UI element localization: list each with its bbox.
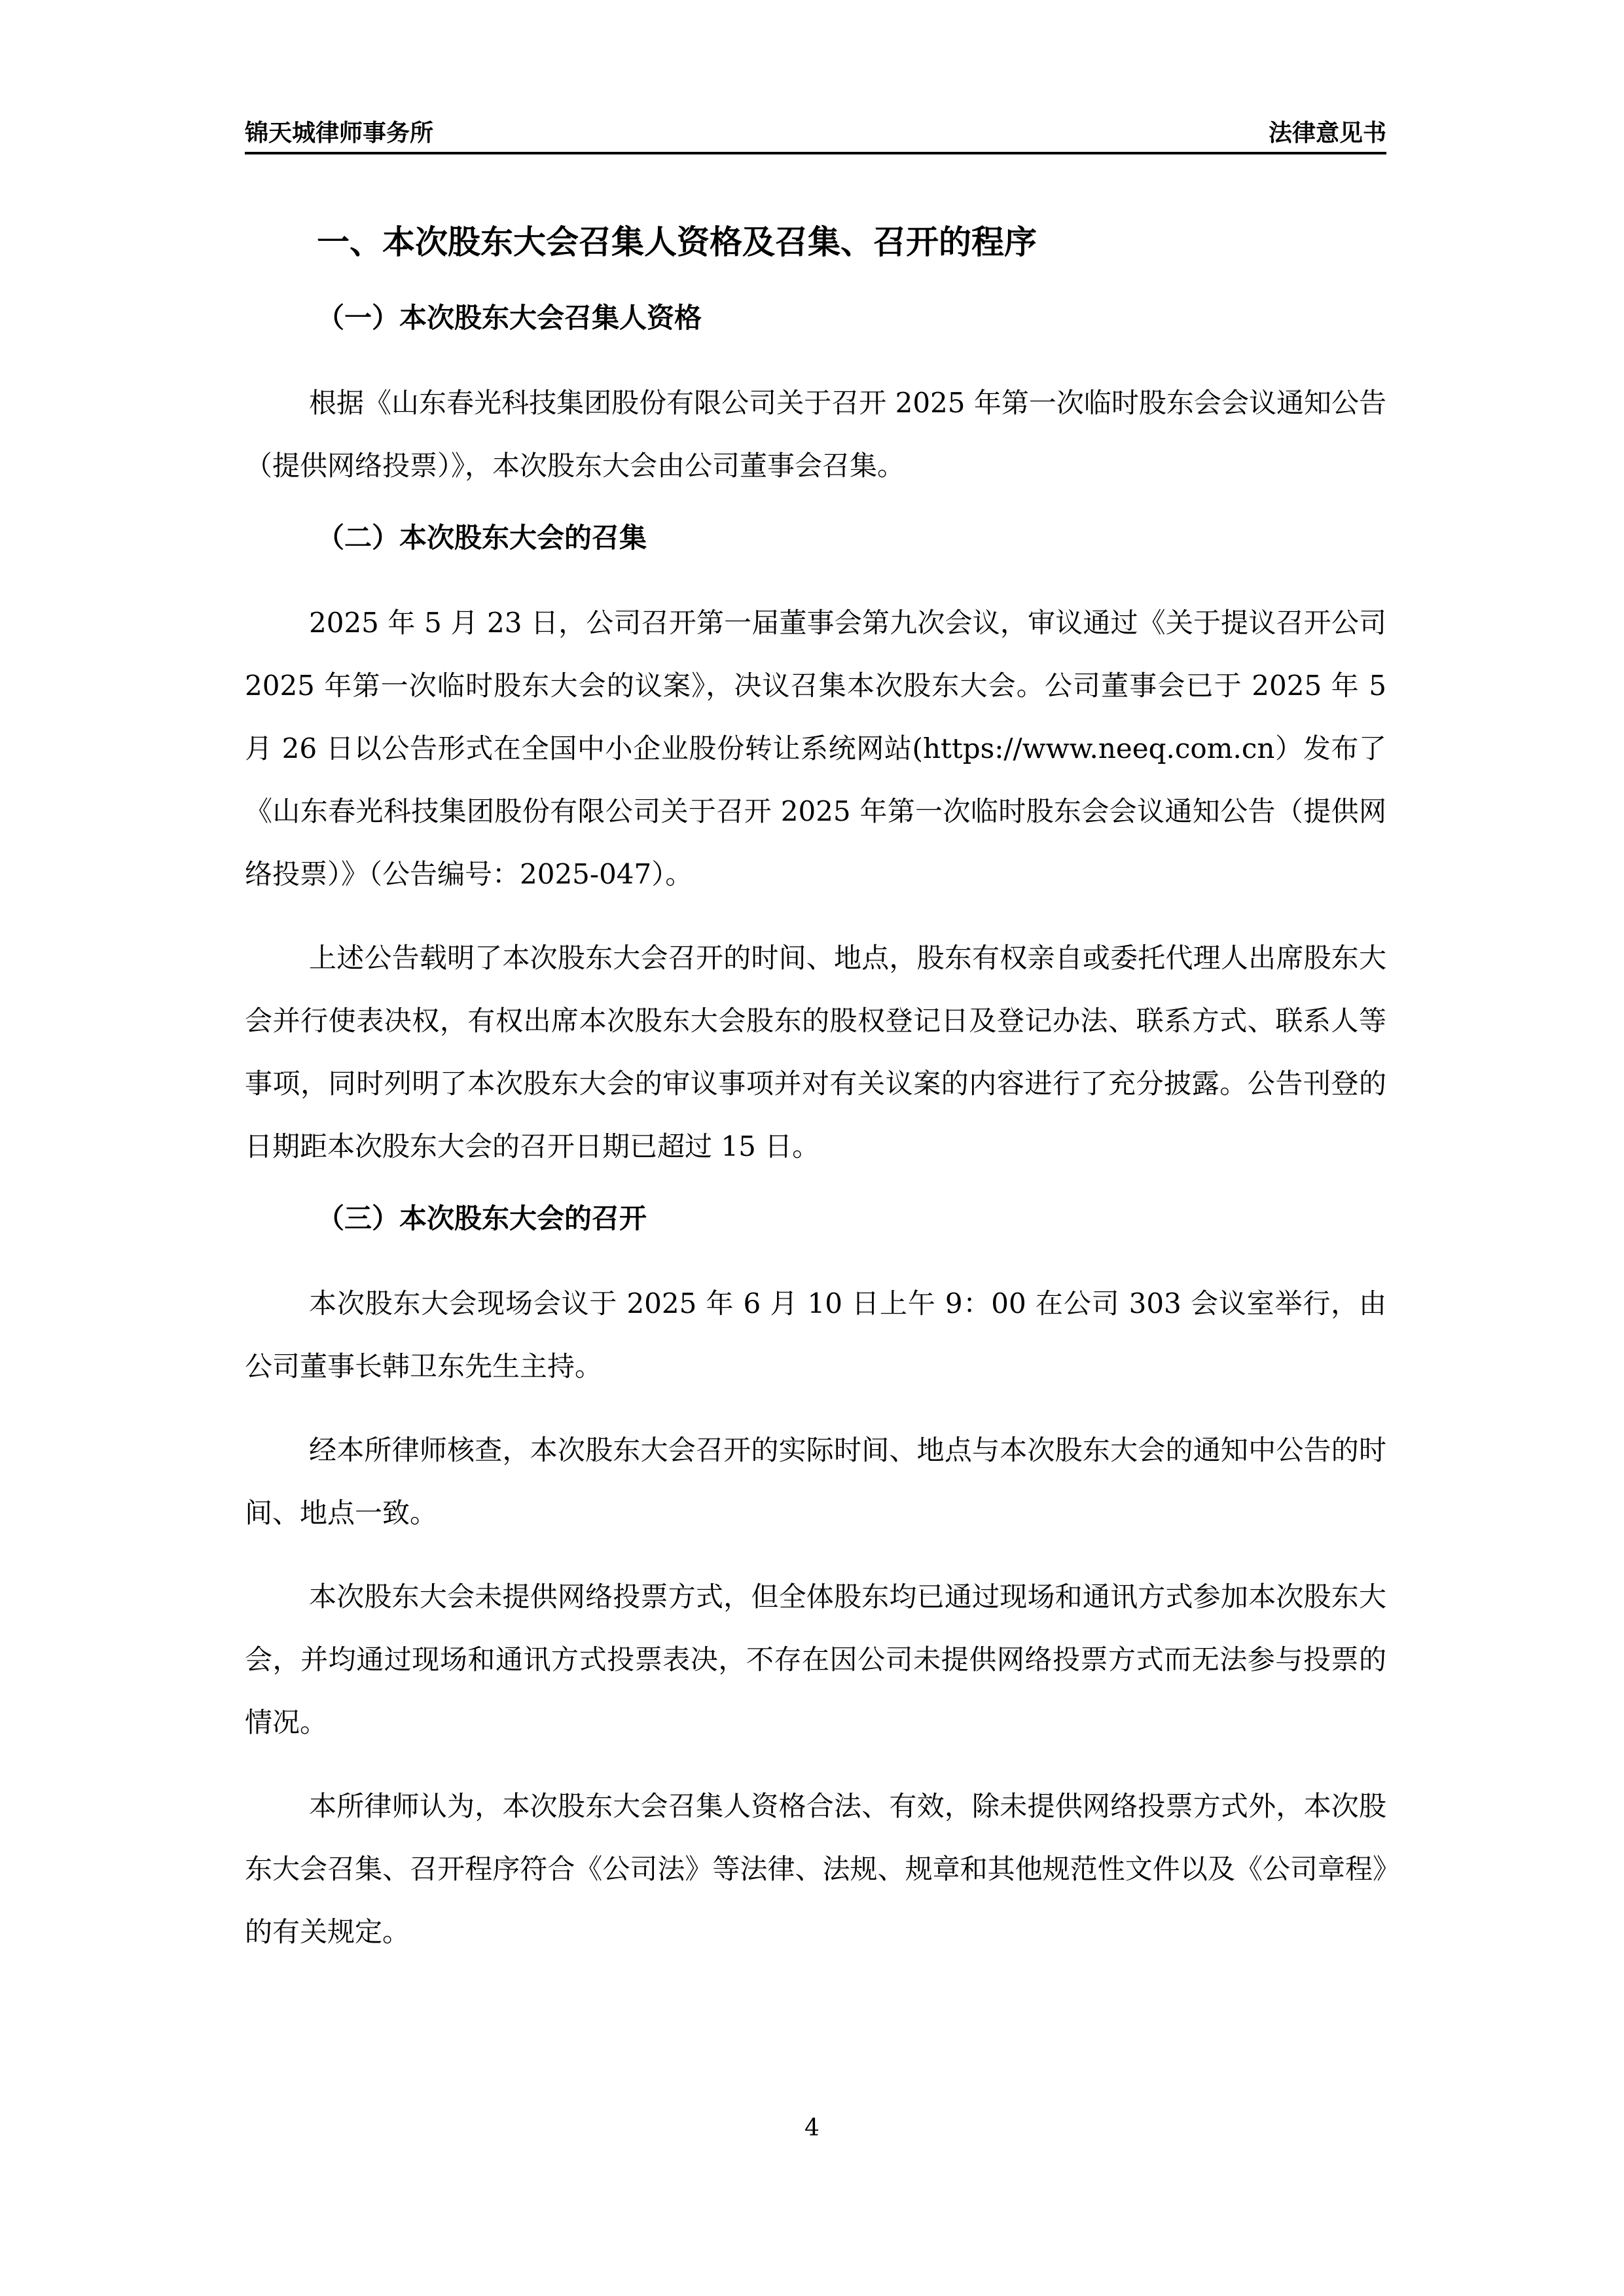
paragraph-notice-content: 上述公告载明了本次股东大会召开的时间、地点，股东有权亲自或委托代理人出席股东大会… [245, 927, 1386, 1178]
paragraph-verification: 经本所律师核查，本次股东大会召开的实际时间、地点与本次股东大会的通知中公告的时间… [245, 1419, 1386, 1545]
page-header: 锦天城律师事务所 法律意见书 [245, 115, 1386, 152]
paragraph-convening-notice: 2025 年 5 月 23 日，公司召开第一届董事会第九次会议，审议通过《关于提… [245, 592, 1386, 906]
paragraph-conclusion: 本所律师认为，本次股东大会召集人资格合法、有效，除未提供网络投票方式外，本次股东… [245, 1775, 1386, 1964]
page-number: 4 [0, 2113, 1624, 2144]
section-title: 一、本次股东大会召集人资格及召集、召开的程序 [317, 209, 1386, 275]
subsection-title-2: （二）本次股东大会的召集 [245, 518, 1386, 558]
paragraph-voting-method: 本次股东大会未提供网络投票方式，但全体股东均已通过现场和通讯方式参加本次股东大会… [245, 1566, 1386, 1754]
header-document-type: 法律意见书 [1269, 115, 1386, 152]
subsection-title-1: （一）本次股东大会召集人资格 [245, 298, 1386, 338]
document-page: 锦天城律师事务所 法律意见书 一、本次股东大会召集人资格及召集、召开的程序 （一… [0, 0, 1624, 2296]
header-divider [245, 152, 1386, 154]
paragraph-meeting-held: 本次股东大会现场会议于 2025 年 6 月 10 日上午 9：00 在公司 3… [245, 1272, 1386, 1398]
paragraph-convener: 根据《山东春光科技集团股份有限公司关于召开 2025 年第一次临时股东会会议通知… [245, 372, 1386, 497]
header-firm-name: 锦天城律师事务所 [245, 115, 433, 152]
subsection-title-3: （三）本次股东大会的召开 [245, 1199, 1386, 1238]
page-content: 一、本次股东大会召集人资格及召集、召开的程序 （一）本次股东大会召集人资格 根据… [245, 209, 1386, 1964]
